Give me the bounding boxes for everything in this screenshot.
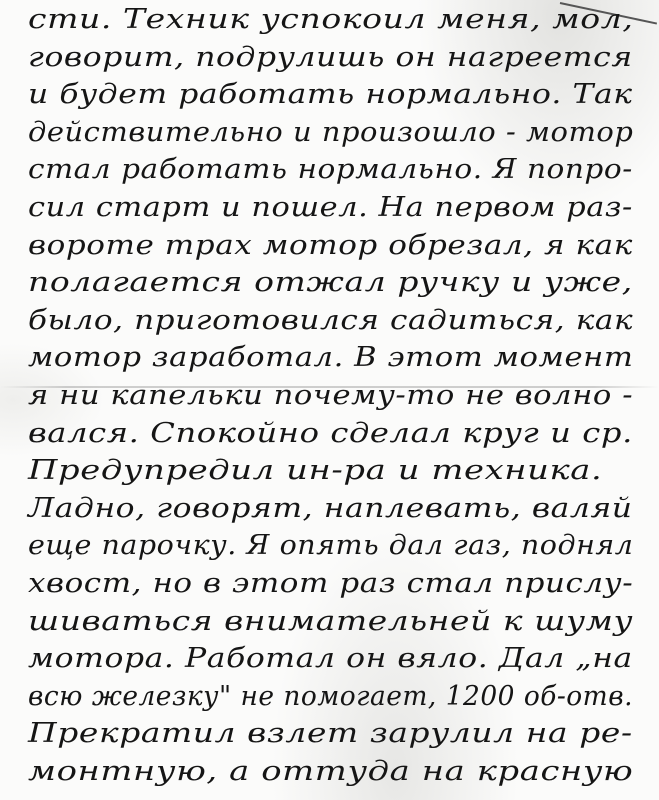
text-line: стал работать нормально. Я попро- [28, 154, 633, 185]
text-line: полагается отжал ручку и уже, [28, 267, 633, 298]
text-line: и будет работать нормально. Так [28, 79, 633, 110]
text-line: шиваться внимательней к шуму [28, 606, 633, 637]
text-line: Прекратил взлет зарулил на ре- [28, 718, 633, 749]
text-line: говорит, подрулишь он нагреется [28, 42, 633, 73]
text-line: я ни капельки почему-то не волно - [28, 380, 633, 411]
text-line: Ладно, говорят, наплевать, валяй [28, 493, 633, 524]
text-line: еще парочку. Я опять дал газ, поднял [28, 530, 633, 561]
text-line: Предупредил ин-ра и техника. [28, 455, 602, 486]
text-line: действительно и произошло - мотор [28, 117, 633, 148]
text-line: мотор заработал. В этот момент [28, 342, 633, 373]
text-line: сти. Техник успокоил меня, мол, [28, 4, 633, 35]
text-line: монтную, а оттуда на красную [28, 756, 633, 787]
text-line: вороте трах мотор обрезал, я как [28, 230, 633, 261]
text-line: хвост, но в этот раз стал прислу- [28, 568, 633, 599]
scanned-page: сти. Техник успокоил меня, мол, говорит,… [0, 0, 659, 800]
text-line: мотора. Работал он вяло. Дал „на [28, 643, 633, 674]
text-line: вался. Спокойно сделал круг и ср. [28, 418, 633, 449]
text-line: было, приготовился садиться, как [28, 305, 633, 336]
text-line: всю железку" не помогает, 1200 об-отв. [28, 681, 633, 712]
text-line: сил старт и пошел. На первом раз- [28, 192, 633, 223]
